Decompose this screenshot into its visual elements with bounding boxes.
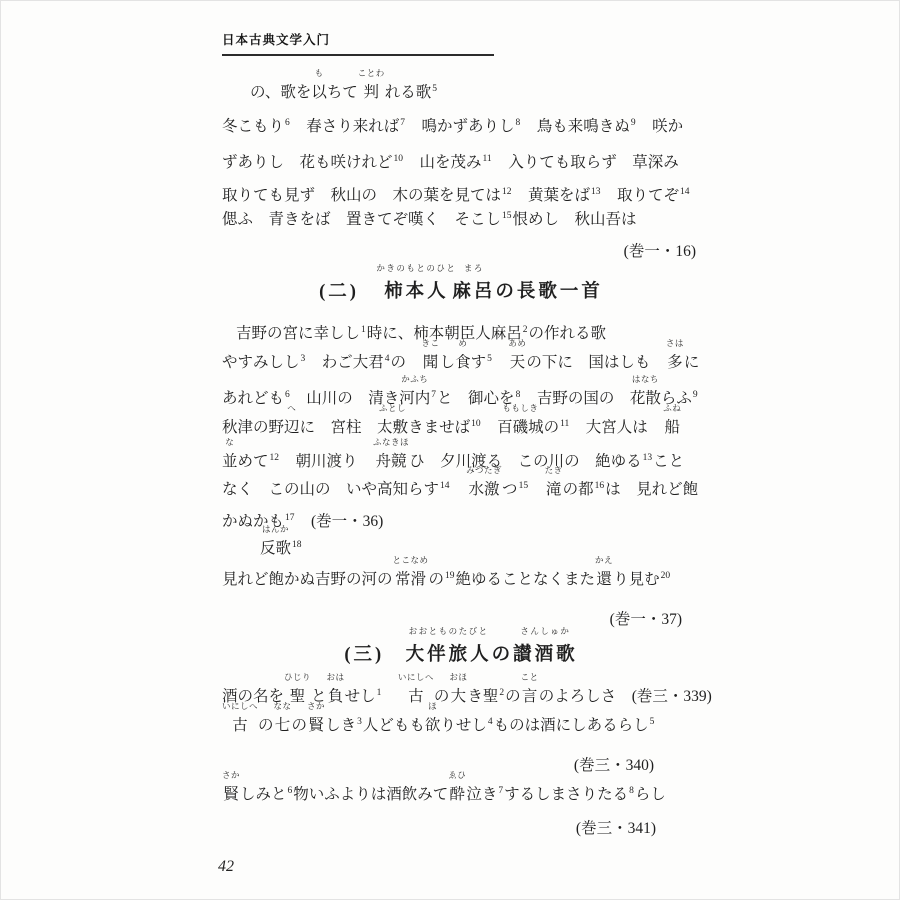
ruby-base: 滝たき: [546, 474, 562, 506]
furigana: みづたぎ: [466, 466, 502, 475]
note-number: 14: [440, 481, 450, 491]
note-number: 4: [385, 354, 390, 364]
section-heading: (二) 柿本人かきのもとのひと麻呂まろの長歌一首: [222, 267, 700, 317]
furigana: ほ: [428, 702, 437, 711]
page-content: の、歌を以もちて判ことわれる歌5冬こもり6 春さり来れば7 鳴かずありし8 鳥も…: [222, 0, 700, 900]
ruby-base: 辺へ: [284, 412, 300, 444]
note-number: 1: [361, 325, 366, 335]
ruby-base: 食め: [455, 347, 471, 379]
note-number: 3: [357, 717, 362, 727]
furigana: へ: [287, 404, 296, 413]
furigana: こと: [521, 673, 539, 682]
furigana: なな: [274, 702, 292, 711]
note-number: 18: [292, 540, 302, 550]
note-number: 7: [400, 118, 405, 128]
ruby-base: 欲ほ: [425, 710, 441, 742]
ruby-base: 船ふね: [665, 412, 681, 444]
note-number: 2: [523, 325, 528, 335]
poem-line: なく この山の いや高知らす14 水激みづたぎつ15 滝たきの都16は 見れど飽: [222, 474, 700, 506]
ruby-base: 百磯城ももしき: [497, 412, 544, 444]
note-number: 9: [693, 390, 698, 400]
note-number: 9: [631, 118, 636, 128]
furigana: とこなめ: [393, 556, 429, 565]
furigana: かえ: [595, 556, 613, 565]
note-number: 12: [270, 453, 280, 463]
furigana: さか: [222, 771, 240, 780]
furigana: まろ: [464, 264, 484, 273]
furigana: ふとし: [379, 404, 406, 413]
furigana: かふち: [401, 375, 428, 384]
poem-line: の、歌を以もちて判ことわれる歌5: [222, 77, 700, 109]
note-number: 8: [516, 390, 521, 400]
furigana: はなち: [632, 375, 659, 384]
note-number: 3: [301, 354, 306, 364]
furigana: たき: [545, 466, 563, 475]
furigana: ふなきほ: [373, 438, 409, 447]
furigana: おほ: [449, 673, 467, 682]
furigana: はんか: [262, 525, 289, 534]
note-number: 8: [516, 118, 521, 128]
note-number: 16: [595, 481, 605, 491]
note-number: 5: [650, 717, 655, 727]
poem-line: 冬こもり6 春さり来れば7 鳴かずありし8 鳥も来鳴きぬ9 咲か: [222, 111, 700, 143]
ruby-base: 花散はなち: [630, 383, 661, 415]
furigana: ももしき: [502, 404, 538, 413]
ruby-base: 言こと: [522, 681, 538, 713]
note-number: 11: [483, 154, 492, 164]
ruby-base: 天あめ: [510, 347, 526, 379]
ruby-base: 多さは: [667, 347, 683, 379]
ruby-base: 以も: [311, 77, 327, 109]
poem-line: 秋津の野辺へに 宮柱 太敷ふとしきませば10 百磯城ももしきの11 大宮人は 船…: [222, 412, 700, 444]
ruby-base: 常滑とこなめ: [395, 564, 426, 596]
furigana: ことわ: [358, 69, 385, 78]
furigana: ふね: [663, 404, 681, 413]
furigana: いにしへ: [398, 673, 434, 682]
furigana: きこ: [422, 339, 440, 348]
furigana: も: [315, 69, 324, 78]
poem-line: 反歌はんか18: [222, 533, 700, 565]
note-number: 1: [377, 688, 382, 698]
note-number: 6: [285, 118, 290, 128]
note-number: 6: [285, 390, 290, 400]
volume-ref: (巻三・341): [222, 813, 700, 845]
ruby-base: 古いにしへ: [232, 710, 248, 742]
note-number: 19: [445, 571, 455, 581]
page-number: 42: [218, 858, 234, 876]
poem-line: 賢さかしみと6物いふよりは酒飲みて酔ゑひ泣き7するしまさりたる8らし: [222, 779, 700, 811]
ruby-base: 賢さか: [223, 779, 239, 811]
note-number: 13: [643, 453, 653, 463]
poem-line: ずありし 花も咲けれど10 山を茂み11 入りても取らず 草深み: [222, 147, 700, 179]
furigana: さんしゅか: [520, 627, 570, 636]
note-number: 14: [680, 187, 690, 197]
furigana: ゑひ: [448, 771, 466, 780]
note-number: 8: [629, 786, 634, 796]
ruby-base: 聖ひじり: [290, 681, 306, 713]
ruby-base: 酔ゑひ: [450, 779, 466, 811]
furigana: さか: [307, 702, 325, 711]
furigana: おおとものたびと: [409, 627, 489, 636]
ruby-base: 還かえ: [596, 564, 612, 596]
ruby-base: 賢さか: [308, 710, 324, 742]
note-number: 11: [560, 419, 569, 429]
furigana: あめ: [508, 339, 526, 348]
note-number: 10: [471, 419, 481, 429]
poem-line: 古いにしへの七ななの賢さかしき3人どもも欲ほりせし4ものは酒にしあるらし5: [222, 710, 700, 742]
furigana: さは: [666, 339, 684, 348]
note-number: 17: [285, 513, 295, 523]
note-number: 13: [591, 187, 601, 197]
ruby-base: 古いにしへ: [408, 681, 424, 713]
ruby-base: 負おは: [328, 681, 344, 713]
furigana: いにしへ: [222, 702, 258, 711]
furigana: な: [225, 438, 234, 447]
note-number: 5: [487, 354, 492, 364]
note-number: 7: [498, 786, 503, 796]
ruby-base: 麻呂まろ: [452, 267, 495, 317]
ruby-base: 柿本人かきのもとのひと: [384, 267, 449, 317]
furigana: め: [458, 339, 467, 348]
note-number: 6: [288, 786, 293, 796]
note-number: 12: [502, 187, 512, 197]
furigana: ひじり: [284, 673, 311, 682]
note-number: 5: [432, 84, 437, 94]
furigana: かきのもとのひと: [376, 264, 456, 273]
poem-line: 見れど飽かぬ吉野の河の常滑とこなめの19絶ゆることなくまた還かえり見む20: [222, 564, 700, 596]
note-number: 4: [488, 717, 493, 727]
note-number: 7: [431, 390, 436, 400]
ruby-base: 水激みづたぎ: [469, 474, 500, 506]
ruby-base: 判ことわ: [364, 77, 380, 109]
furigana: おは: [327, 673, 345, 682]
poem-line: 偲ふ 青きをば 置きてぞ嘆く そこし15恨めし 秋山吾は: [222, 204, 700, 236]
ruby-base: 七なな: [275, 710, 291, 742]
ruby-base: 反歌はんか: [260, 533, 291, 565]
ruby-base: 大おほ: [451, 681, 467, 713]
poem-line: 酒の名を聖ひじりと負おはせし1 古いにしへの大おほき聖2の言ことのよろしさ (巻…: [222, 681, 700, 713]
note-number: 2: [499, 688, 504, 698]
note-number: 10: [394, 154, 404, 164]
poem-line: やすみしし3 わご大君4の 聞きこし食めす5 天あめの下に 国はしも 多さはに: [222, 347, 700, 379]
note-number: 20: [661, 571, 671, 581]
note-number: 15: [502, 211, 512, 221]
volume-ref: (巻一・16): [222, 236, 700, 268]
note-number: 15: [519, 481, 529, 491]
